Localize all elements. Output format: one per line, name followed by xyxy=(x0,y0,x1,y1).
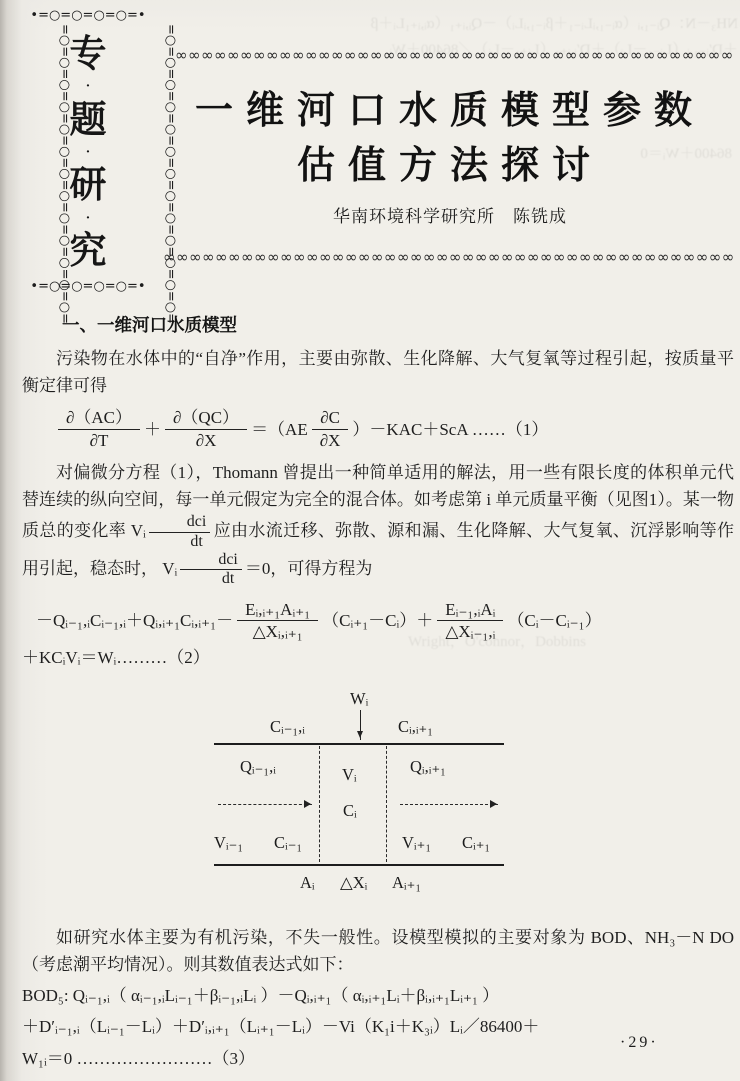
figure-label-c-right-flux: Cᵢ,ᵢ₊₁ xyxy=(398,714,433,740)
figure-bottom-line xyxy=(214,864,504,866)
figure-top-line xyxy=(214,743,504,745)
fraction-numerator: dci xyxy=(149,513,211,532)
fraction: ∂（QC） ∂X xyxy=(165,407,247,451)
figure-label-c-mid: Cᵢ xyxy=(343,798,357,824)
interpunct: · xyxy=(86,80,91,94)
operator: ＋ xyxy=(144,416,161,443)
cell-divider-left xyxy=(319,746,320,862)
paragraph-2-text: ＝0，可得方程为 xyxy=(245,559,373,578)
flow-arrow-right xyxy=(400,804,498,805)
section-heading: 一、一维河口水质模型 xyxy=(22,311,734,339)
flow-arrow-left xyxy=(218,804,312,805)
chain-border-top: •=○=○=○=○=• xyxy=(30,8,146,23)
topic-char: 研 xyxy=(70,167,107,204)
infinity-divider-bottom: ∞∞∞∞∞∞∞∞∞∞∞∞∞∞∞∞∞∞∞∞∞∞∞∞∞∞∞∞∞∞∞∞∞∞∞∞∞∞∞∞… xyxy=(163,248,735,266)
fraction-denominator: dt xyxy=(156,533,202,551)
chain-border-bottom: •=○=○=○=○=• xyxy=(30,279,146,294)
fraction: Eᵢ,ᵢ₊₁Aᵢ₊₁ △Xᵢ,ᵢ₊₁ xyxy=(237,599,318,643)
equation-text: （Cᵢ－Cᵢ₋₁） xyxy=(507,607,601,634)
figure-label-c-right: Cᵢ₊₁ xyxy=(462,830,490,856)
fraction-numerator: ∂（AC） xyxy=(58,407,140,429)
paragraph-2: 对偏微分方程（1），Thomann 曾提出一种简单适用的解法，用一些有限长度的体… xyxy=(22,459,734,589)
figure-1-cell-diagram: Wᵢ Cᵢ₋₁,ᵢ Cᵢ,ᵢ₊₁ Qᵢ₋₁,ᵢ Qᵢ,ᵢ₊₁ Vᵢ Cᵢ Vᵢ₋… xyxy=(214,688,506,902)
figure-label-q-right: Qᵢ,ᵢ₊₁ xyxy=(410,754,446,780)
scanned-journal-page: NH₃－N：Qᵢ₋₁,ᵢ（αᵢ₋₁,ᵢLᵢ₋₁＋βᵢ₋₁,ᵢLᵢ）－Qᵢ,ᵢ₊₁… xyxy=(0,0,740,1081)
fraction-denominator: ∂X xyxy=(188,430,225,451)
fraction-numerator: ∂C xyxy=(312,407,348,429)
article-title: 一维河口水质模型参数 估值方法探讨 xyxy=(165,84,735,194)
bleed-through-text: NH₃－N：Qᵢ₋₁,ᵢ（αᵢ₋₁,ᵢLᵢ₋₁＋βᵢ₋₁,ᵢLᵢ）－Qᵢ,ᵢ₊₁… xyxy=(330,12,738,33)
figure-label-c-left: Cᵢ₋₁ xyxy=(274,830,302,856)
equation-1: ∂（AC） ∂T ＋ ∂（QC） ∂X ＝（AE ∂C ∂X ）－KAC＋ScA… xyxy=(22,407,734,451)
page-number: ·29· xyxy=(620,1034,659,1052)
fraction: Eᵢ₋₁,ᵢAᵢ △Xᵢ₋₁,ᵢ xyxy=(437,599,503,643)
equation-text: （Cᵢ₊₁－Cᵢ）＋ xyxy=(322,607,433,634)
topic-char: 专 xyxy=(70,36,107,73)
figure-label-v-left: Vᵢ₋₁ xyxy=(214,830,243,856)
figure-label-q-left: Qᵢ₋₁,ᵢ xyxy=(240,754,276,780)
paragraph-1: 污染物在水体中的“自净”作用，主要由弥散、生化降解、大气复氧等过程引起，按质量平… xyxy=(22,345,734,399)
fraction-denominator: dt xyxy=(188,570,234,588)
figure-label-dx: △Xᵢ xyxy=(340,870,367,896)
fraction: ∂（AC） ∂T xyxy=(58,407,140,451)
equation-text: ＝（AE xyxy=(251,416,308,443)
equation-2-line1: －Qᵢ₋₁,ᵢCᵢ₋₁,ᵢ＋Qᵢ,ᵢ₊₁Cᵢ,ᵢ₊₁－ Eᵢ,ᵢ₊₁Aᵢ₊₁ △… xyxy=(22,599,734,643)
down-arrow xyxy=(360,710,361,740)
article-title-line1: 一维河口水质模型参数 xyxy=(165,84,735,139)
fraction-numerator: dci xyxy=(180,551,242,570)
inline-fraction: dcidt xyxy=(180,551,242,589)
fraction-denominator: ∂X xyxy=(312,430,349,451)
equation-2-line2: ＋KCᵢVᵢ＝Wᵢ………（2） xyxy=(22,644,734,671)
paragraph-3: 如研究水体主要为有机污染，不失一般性。设模型模拟的主要对象为 BOD、NH₃－N… xyxy=(22,924,734,978)
infinity-divider-top: ∞∞∞∞∞∞∞∞∞∞∞∞∞∞∞∞∞∞∞∞∞∞∞∞∞∞∞∞∞∞∞∞∞∞∞∞∞∞∞∞… xyxy=(175,46,735,64)
article-title-line2: 估值方法探讨 xyxy=(165,139,735,194)
figure-label-a-left: Aᵢ xyxy=(300,870,315,896)
fraction-numerator: Eᵢ,ᵢ₊₁Aᵢ₊₁ xyxy=(237,599,318,621)
topic-label: 专 · 题 · 研 · 究 xyxy=(26,36,150,270)
fraction-numerator: Eᵢ₋₁,ᵢAᵢ xyxy=(437,599,503,621)
figure-label-c-left-flux: Cᵢ₋₁,ᵢ xyxy=(270,714,305,740)
equation-text: ）－KAC＋ScA ……（1） xyxy=(352,416,548,443)
fraction: ∂C ∂X xyxy=(312,407,349,451)
topic-char: 究 xyxy=(70,233,107,270)
author-byline: 华南环境科学研究所 陈铣成 xyxy=(165,202,735,227)
cell-divider-right xyxy=(386,746,387,862)
equation-3-line1: BOD₅: Qᵢ₋₁,ᵢ（ αᵢ₋₁,ᵢLᵢ₋₁＋βᵢ₋₁,ᵢLᵢ ）－Qᵢ,ᵢ… xyxy=(22,980,734,1011)
figure-label-v-right: Vᵢ₊₁ xyxy=(402,830,431,856)
fraction-denominator: △Xᵢ₋₁,ᵢ xyxy=(437,621,503,642)
inline-fraction: dcidt xyxy=(149,513,211,551)
topic-char: 题 xyxy=(70,102,107,139)
article-body: 一、一维河口水质模型 污染物在水体中的“自净”作用，主要由弥散、生化降解、大气复… xyxy=(22,311,734,1074)
fraction-denominator: △Xᵢ,ᵢ₊₁ xyxy=(245,621,311,642)
equation-text: －Qᵢ₋₁,ᵢCᵢ₋₁,ᵢ＋Qᵢ,ᵢ₊₁Cᵢ,ᵢ₊₁－ xyxy=(36,607,233,634)
figure-label-wi: Wᵢ xyxy=(350,686,368,712)
interpunct: · xyxy=(86,146,91,160)
interpunct: · xyxy=(86,212,91,226)
fraction-numerator: ∂（QC） xyxy=(165,407,247,429)
equation-3: BOD₅: Qᵢ₋₁,ᵢ（ αᵢ₋₁,ᵢLᵢ₋₁＋βᵢ₋₁,ᵢLᵢ ）－Qᵢ,ᵢ… xyxy=(22,980,734,1074)
topic-box: •=○=○=○=○=• =○=○=○=○=○=○=○=○=○=○=○=○=○= … xyxy=(26,8,150,294)
figure-label-a-right: Aᵢ₊₁ xyxy=(392,870,421,896)
fraction-denominator: ∂T xyxy=(82,430,117,451)
figure-label-v-mid: Vᵢ xyxy=(342,762,357,788)
